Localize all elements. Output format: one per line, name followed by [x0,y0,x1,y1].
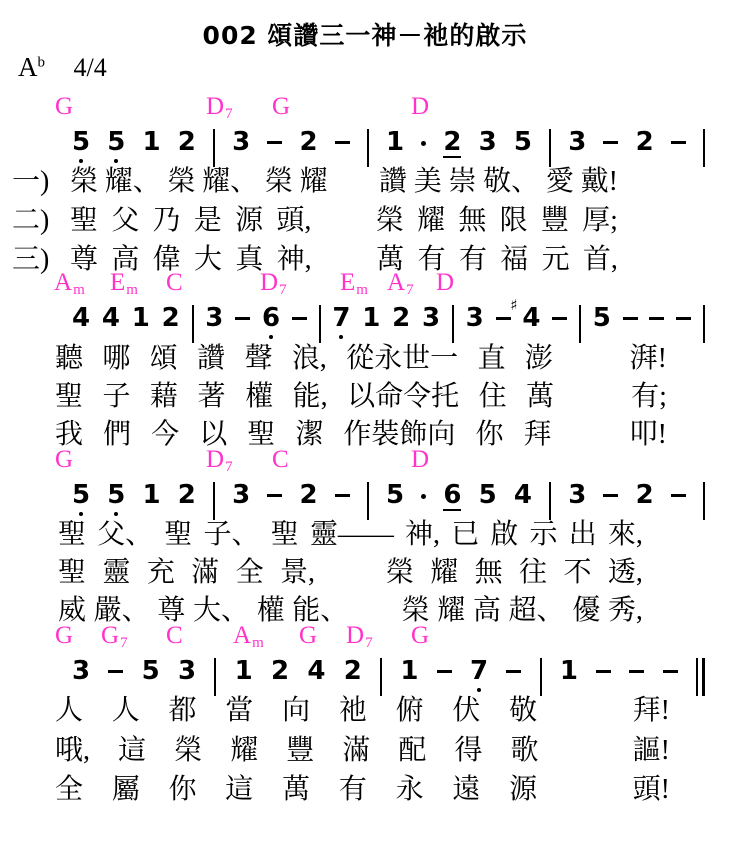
note: 3 [422,305,440,332]
held-beat-dash [267,494,282,497]
chord-symbol: C [166,622,183,650]
lyric-char: 聖 [271,519,299,551]
note: 3 [205,305,223,332]
lyric-char: 耀 [417,205,445,237]
chord-root: E [110,269,125,296]
lyric-char: 神, [405,519,440,551]
lyric-char: 聖 [55,381,83,413]
chord-quality: m [73,282,85,298]
held-beat-dash [267,141,282,144]
chord-line-2: AmEmCD7EmA7D [0,269,730,301]
lyric-char: 全 [236,557,264,589]
note-number: 3 [232,482,250,509]
chord-symbol: Em [340,269,367,300]
lyric-char: 源 [235,205,263,237]
chord-symbol: G [411,622,429,650]
note-number: 1 [132,305,150,332]
barline [703,305,705,343]
verse-label: 一) [12,166,49,198]
chord-root: D [260,269,278,296]
note-number: 2 [392,305,410,332]
note: 5 [593,305,611,332]
lyric-char: 著 [198,381,226,413]
lyric-line: 二)聖父乃是源頭,榮耀無限豐厚; [0,205,730,239]
chord-root: A [387,269,405,296]
chord-root: G [55,93,73,120]
lyric-char: 戴! [581,166,618,198]
low-octave-dot [339,335,343,339]
chord-symbol: D7 [346,622,372,653]
held-beat-dash [506,670,521,673]
note: 5 [479,482,497,509]
lyric-char: 謳! [633,735,670,767]
note-number: 7 [470,658,488,685]
lyric-char: 敬 [509,695,537,727]
lyric-line: 聖子藉著權能,以命令托住萬有; [0,381,730,415]
note: 7 [470,658,488,692]
note: 4 [72,305,90,332]
chord-root: C [272,446,289,473]
note: 3 [568,129,586,156]
lyric-char: 哦, [55,735,90,767]
lyric-char: 敬、 [483,166,539,198]
held-beat-dash [292,317,307,320]
lyric-char: 榮 [265,166,293,198]
held-beat-dash [671,494,686,497]
barline [367,482,369,520]
chord-quality: 7 [279,282,287,298]
note-number: 2 [299,129,317,156]
lyric-char: 愛 [546,166,574,198]
chord-quality: m [252,635,264,651]
note: 4 [102,305,120,332]
phrase-gap [574,381,612,413]
lyric-tokens: 聖子藉著權能,以命令托住萬有; [55,381,667,413]
lyric-char: 遠 [452,774,480,806]
low-octave-dot [114,159,118,163]
held-beat-dash [596,670,611,673]
chord-symbol: D [436,269,454,297]
lyric-char: 永 [396,774,424,806]
note: 4 [514,482,532,509]
note-number: 3 [422,305,440,332]
chord-root: D [346,622,364,649]
held-beat-dash [437,670,452,673]
chord-line-3: GD7CD [0,446,730,478]
chord-root: G [272,93,290,120]
lyric-char: 能, [293,381,328,413]
note-number: 1 [362,305,380,332]
note-number: 1 [386,129,404,156]
lyric-tokens: 聖父、聖子、聖靈——神,已啟示出來, [58,519,643,551]
chord-symbol: Em [110,269,137,300]
note-number: 3 [466,305,484,332]
note-number: 3 [205,305,223,332]
lyric-char: 榮 [386,557,414,589]
low-octave-dot [477,688,481,692]
lyric-tokens: 全屬你這萬有永遠源頭! [55,774,670,806]
chord-symbol: G [55,446,73,474]
held-beat-dash [496,317,511,320]
lyric-char: 住 [479,381,507,413]
note-number: 5 [386,482,404,509]
chord-quality: m [126,282,138,298]
note: 3 [232,129,250,156]
note-number: 4 [72,305,90,332]
note-number: 7 [332,305,350,332]
lyric-char: 有; [631,381,667,413]
lyric-char: 歌 [511,735,539,767]
chord-root: C [166,269,183,296]
chord-symbol: D [411,93,429,121]
note-number: 5 [107,129,125,156]
barline [549,129,551,167]
lyric-char: 子 [103,381,131,413]
chord-root: D [436,269,454,296]
chord-quality: 7 [120,635,128,651]
chord-root: D [411,93,429,120]
note: 3 [479,129,497,156]
augmentation-dot [421,141,426,146]
lyric-char: 頌 [150,343,178,375]
lyric-char: 美 [414,166,442,198]
held-beat-dash [603,494,618,497]
note: 1 [132,305,150,332]
lyric-char: 榮 [167,166,195,198]
lyric-char: 聖 [164,519,192,551]
lyric-char: 滿 [191,557,219,589]
lyric-char: 哪 [102,343,130,375]
chord-quality: 7 [406,282,414,298]
low-octave-dot [79,512,83,516]
phrase-gap [331,557,369,589]
phrase-gap [566,774,604,806]
lyric-char: 頭! [633,774,670,806]
lyric-char: 豐 [541,205,569,237]
lyric-char: 耀 [300,166,328,198]
held-beat-dash [663,670,678,673]
note-number: 5 [479,482,497,509]
held-beat-dash [671,141,686,144]
held-beat-dash [676,317,691,320]
note-number: 1 [560,658,578,685]
barline [192,305,194,343]
note-number: 5 [72,482,90,509]
lyric-char: 乃 [153,205,181,237]
lyric-char: 俯 [396,695,424,727]
barline [380,658,382,696]
note-number: 2 [178,129,196,156]
barline [319,305,321,343]
final-barline [696,658,705,696]
lyric-char: 權 [245,381,273,413]
lyric-char: 萬 [282,774,310,806]
lyric-char: 頭, [276,205,311,237]
note-number: 5 [593,305,611,332]
chord-symbol: G [272,93,290,121]
note-number: 2 [344,658,362,685]
lyric-char: 萬 [526,381,554,413]
low-octave-dot [114,512,118,516]
note-number: 2 [271,658,289,685]
note: 1 [386,129,404,156]
chord-root: G [55,446,73,473]
notes-line-1: 551232123532 [72,129,705,169]
held-beat-dash [335,141,350,144]
final-barline-thick [702,658,705,696]
lyric-char: 從永世一 [346,343,458,375]
note-number: 2 [443,129,461,158]
lyric-tokens: 哦,這榮耀豐滿配得歌謳! [55,735,670,767]
lyric-char: 讚 [379,166,407,198]
lyric-char: 限 [500,205,528,237]
augmentation-dot [421,494,426,499]
lyric-tokens: 榮耀、榮耀、榮耀讚美崇敬、愛戴! [70,166,618,198]
chord-symbol: D7 [206,446,232,477]
lyric-char: 厚; [582,205,618,237]
notes-line-4: 3531242171 [72,658,705,698]
chord-symbol: C [272,446,289,474]
chord-line-1: GD7GD [0,93,730,125]
lyric-char: 耀 [230,735,258,767]
note-number: 3 [568,129,586,156]
sharp-icon: ♯ [510,298,517,313]
note-number: 5 [107,482,125,509]
note: 2 [344,658,362,685]
chord-root: A [233,622,251,649]
lyric-char: 聖 [58,557,86,589]
note-number: 1 [235,658,253,685]
chord-symbol: G [55,622,73,650]
lyric-tokens: 聖父乃是源頭,榮耀無限豐厚; [70,205,618,237]
lyric-char: 你 [169,774,197,806]
note: 6 [262,305,280,339]
note: 2 [392,305,410,332]
lyric-char: 崇 [448,166,476,198]
lyric-char: 充 [147,557,175,589]
barline [213,129,215,167]
lyric-char: 屬 [112,774,140,806]
lyric-char: 榮 [174,735,202,767]
note-number: 3 [568,482,586,509]
lyric-char: 耀、 [202,166,258,198]
held-beat-dash [623,317,638,320]
lyric-line: 全屬你這萬有永遠源頭! [0,774,730,808]
note: 1 [142,482,160,509]
chord-symbol: D7 [260,269,286,300]
note-number: 2 [178,482,196,509]
note: 6 [443,482,461,511]
note-number: 2 [299,482,317,509]
phrase-gap [334,166,372,198]
chord-quality: 7 [225,459,233,475]
lyric-char: 靈 [102,557,130,589]
lyric-char: 榮 [376,205,404,237]
lyric-char: 祂 [339,695,367,727]
held-beat-dash [552,317,567,320]
lyric-char: 人 [112,695,140,727]
lyric-char: 來, [608,519,643,551]
lyric-line: 聖靈充滿全景,榮耀無往不透, [0,557,730,591]
note: 5 [142,658,160,685]
lyric-char: 人 [55,695,83,727]
chord-symbol: G [55,93,73,121]
verse-label: 二) [12,205,49,237]
note: 2 [636,129,654,156]
lyric-line: 聖父、聖子、聖靈——神,已啟示出來, [0,519,730,553]
lyric-char: 湃! [630,343,667,375]
chord-root: G [299,622,317,649]
chord-root: G [101,622,119,649]
lyric-line: 人人都當向祂俯伏敬拜! [0,695,730,729]
lyric-line: 一)榮耀、榮耀、榮耀讚美崇敬、愛戴! [0,166,730,200]
held-beat-dash [235,317,250,320]
lyric-char: 示 [530,519,558,551]
note: 3 [178,658,196,685]
lyric-char: 讚 [197,343,225,375]
note: 3 [232,482,250,509]
note-number: 6 [262,305,280,332]
key-signature: Ab 4/4 [18,52,107,83]
lyric-char: 全 [55,774,83,806]
chord-symbol: D [411,446,429,474]
lyric-char: 已 [451,519,479,551]
note: 4 [307,658,325,685]
lyric-char: 景, [280,557,315,589]
chord-symbol: D7 [206,93,232,124]
lyric-char: 靈—— [310,519,394,551]
note: 2 [178,482,196,509]
barline [579,305,581,343]
note: 2 [162,305,180,332]
chord-root: D [411,446,429,473]
chord-root: A [54,269,72,296]
note: 5 [386,482,404,509]
note-number: 5 [514,129,532,156]
lyric-line: 哦,這榮耀豐滿配得歌謳! [0,735,730,769]
phrase-gap [567,735,605,767]
note-number: 3 [72,658,90,685]
chord-quality: m [356,282,368,298]
chord-symbol: Am [54,269,84,300]
lyric-char: 都 [169,695,197,727]
chord-root: E [340,269,355,296]
note-number: 2 [162,305,180,332]
lyric-char: 滿 [342,735,370,767]
lyric-tokens: 聽哪頌讚聲浪,從永世一直澎湃! [55,343,667,375]
note-number: 5 [72,129,90,156]
lyric-char: 父 [111,205,139,237]
chord-root: G [55,622,73,649]
note: 5 [72,482,90,516]
chord-root: D [206,93,224,120]
lyric-char: 這 [225,774,253,806]
held-beat-dash [108,670,123,673]
lyric-char: 伏 [452,695,480,727]
note: 1 [560,658,578,685]
note-number: 4 [514,482,532,509]
note: 3 [466,305,484,332]
note-number: ♯4 [522,305,540,332]
chord-root: G [411,622,429,649]
lyric-tokens: 人人都當向祂俯伏敬拜! [55,695,670,727]
barline [367,129,369,167]
note-number: 1 [142,129,160,156]
note: 3 [568,482,586,509]
key-accidental: b [38,54,46,70]
chord-line-4: GG7CAmGD7G [0,622,730,654]
note-number: 1 [400,658,418,685]
note: 5 [72,129,90,163]
lyric-char: 無 [475,557,503,589]
note-number: 1 [142,482,160,509]
note-number: 6 [443,482,461,511]
note-number: 3 [178,658,196,685]
note: 1 [362,305,380,332]
lyric-char: 有 [339,774,367,806]
note: 2 [299,482,317,509]
lyric-char: 以命令托 [347,381,459,413]
lyric-char: 澎 [525,343,553,375]
lyric-char: 聽 [55,343,83,375]
lyric-char: 藉 [150,381,178,413]
lyric-char: 啟 [490,519,518,551]
held-beat-dash [629,670,644,673]
lyric-char: 往 [519,557,547,589]
note: 2 [636,482,654,509]
time-signature: 4/4 [74,53,107,82]
note: 1 [142,129,160,156]
note: 2 [443,129,461,158]
lyric-char: 這 [118,735,146,767]
note-number: 2 [636,129,654,156]
note: 1 [235,658,253,685]
chord-quality: 7 [225,106,233,122]
barline [213,482,215,520]
note: 5 [107,482,125,516]
chord-symbol: Am [233,622,263,653]
barline [703,129,705,167]
lyric-char: 無 [458,205,486,237]
lyric-char: 耀、 [105,166,161,198]
lyric-char: 是 [194,205,222,237]
note-number: 3 [232,129,250,156]
lyric-char: 得 [454,735,482,767]
lyric-char: 聲 [244,343,272,375]
chord-symbol: G [299,622,317,650]
chord-symbol: C [166,269,183,297]
lyric-char: 透, [608,557,643,589]
lyric-char: 源 [509,774,537,806]
phrase-gap [566,695,604,727]
lyric-char: 當 [225,695,253,727]
note-number: 4 [307,658,325,685]
note: 5 [107,129,125,163]
note-number: 5 [142,658,160,685]
barline [452,305,454,343]
lyric-tokens: 聖靈充滿全景,榮耀無往不透, [58,557,643,589]
lyric-char: 直 [478,343,506,375]
lyric-line: 聽哪頌讚聲浪,從永世一直澎湃! [0,343,730,377]
note: 7 [332,305,350,339]
lyric-char: 榮 [70,166,98,198]
lyric-char: 豐 [286,735,314,767]
note: 3 [72,658,90,685]
lyric-char: 耀 [430,557,458,589]
note: 2 [299,129,317,156]
note-number: 4 [102,305,120,332]
chord-symbol: G7 [101,622,127,653]
